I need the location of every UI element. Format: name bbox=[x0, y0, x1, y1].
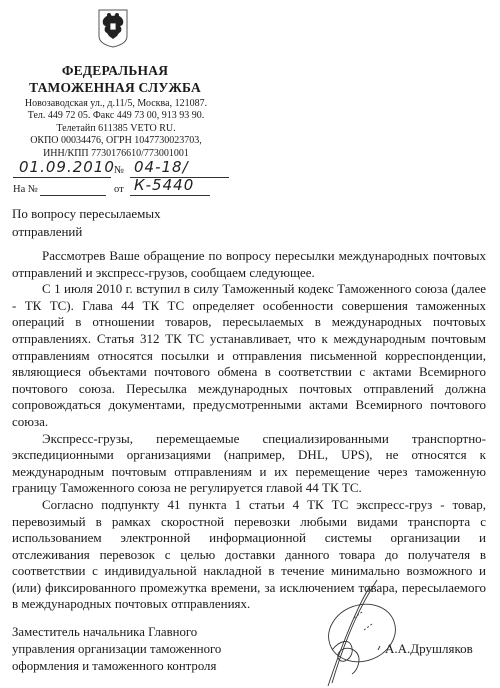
reference-number-field bbox=[40, 182, 106, 196]
reference-date-field bbox=[130, 182, 210, 196]
organization-details: Новозаводская ул., д.11/5, Москва, 12108… bbox=[0, 98, 232, 160]
body-paragraph-1: Рассмотрев Ваше обращение по вопросу пер… bbox=[12, 248, 486, 281]
outgoing-number: 04-18/К-5440 bbox=[130, 158, 229, 178]
org-okpo-ogrn: ОКПО 00034476, ОГРН 1047730023703, bbox=[0, 135, 232, 147]
org-phone: Тел. 449 72 05. Факс 449 73 00, 913 93 9… bbox=[0, 110, 232, 122]
body-paragraph-2: С 1 июля 2010 г. вступил в силу Таможенн… bbox=[12, 281, 486, 430]
signatory-title-line-3: оформления и таможенного контроля bbox=[12, 658, 221, 675]
body-paragraph-4: Согласно подпункту 41 пункта 1 статьи 4 … bbox=[12, 497, 486, 613]
reference-number-label: На № bbox=[13, 184, 38, 195]
letter-body: Рассмотрев Ваше обращение по вопросу пер… bbox=[12, 248, 486, 613]
body-paragraph-3: Экспресс-грузы, перемещаемые специализир… bbox=[12, 431, 486, 497]
org-teletype: Телетайп 611385 VETO RU. bbox=[0, 123, 232, 135]
handwritten-signature-icon bbox=[292, 578, 412, 688]
org-name-line-2: ТАМОЖЕННАЯ СЛУЖБА bbox=[0, 79, 230, 96]
organization-name: ФЕДЕРАЛЬНАЯ ТАМОЖЕННАЯ СЛУЖБА bbox=[0, 62, 230, 96]
number-sign-label: № bbox=[114, 165, 124, 176]
signatory-title-line-2: управления организации таможенного bbox=[12, 641, 221, 658]
signatory-name: А.А.Друшляков bbox=[385, 641, 473, 657]
org-address: Новозаводская ул., д.11/5, Москва, 12108… bbox=[0, 98, 232, 110]
letter-subject: По вопросу пересылаемых отправлений bbox=[12, 205, 161, 241]
subject-line-2: отправлений bbox=[12, 223, 161, 241]
org-name-line-1: ФЕДЕРАЛЬНАЯ bbox=[0, 62, 230, 79]
coat-of-arms-icon bbox=[97, 8, 129, 48]
signatory-title-line-1: Заместитель начальника Главного bbox=[12, 624, 221, 641]
reference-date-label: от bbox=[114, 184, 124, 195]
signatory-title: Заместитель начальника Главного управлен… bbox=[12, 624, 221, 675]
subject-line-1: По вопросу пересылаемых bbox=[12, 205, 161, 223]
outgoing-date: 01.09.2010 bbox=[13, 158, 111, 178]
